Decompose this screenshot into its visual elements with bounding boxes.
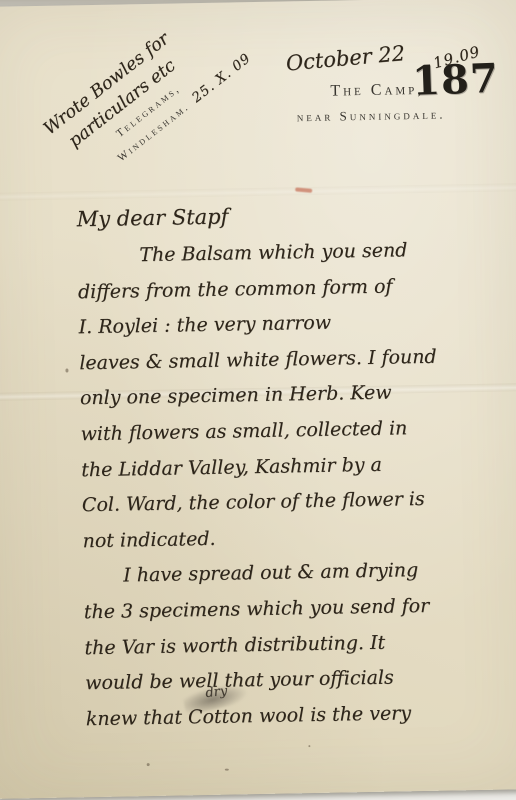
- letter-date: October 22: [285, 41, 406, 75]
- scanned-letter-scene: Wrote Bowles for particulars etc Telegra…: [0, 0, 516, 800]
- letterhead-location: near Sunningdale.: [297, 107, 446, 126]
- letterhead-house: The Camp,: [330, 81, 424, 101]
- letter-line: knew that Cotton wool is the very: [86, 701, 489, 744]
- ink-speck: [308, 745, 310, 747]
- ink-speck: [65, 368, 68, 372]
- letter-paper: Wrote Bowles for particulars etc Telegra…: [0, 0, 516, 799]
- ink-speck: [225, 769, 229, 771]
- diagonal-annotation: Wrote Bowles for particulars etc Telegra…: [39, 0, 256, 192]
- salutation: My dear Stapf: [76, 200, 478, 231]
- inserted-word: dry: [205, 684, 229, 702]
- ink-speck: [147, 763, 150, 766]
- paper-crease-upper: [0, 183, 516, 201]
- letter-body: My dear Stapf The Balsam which you send …: [76, 200, 488, 744]
